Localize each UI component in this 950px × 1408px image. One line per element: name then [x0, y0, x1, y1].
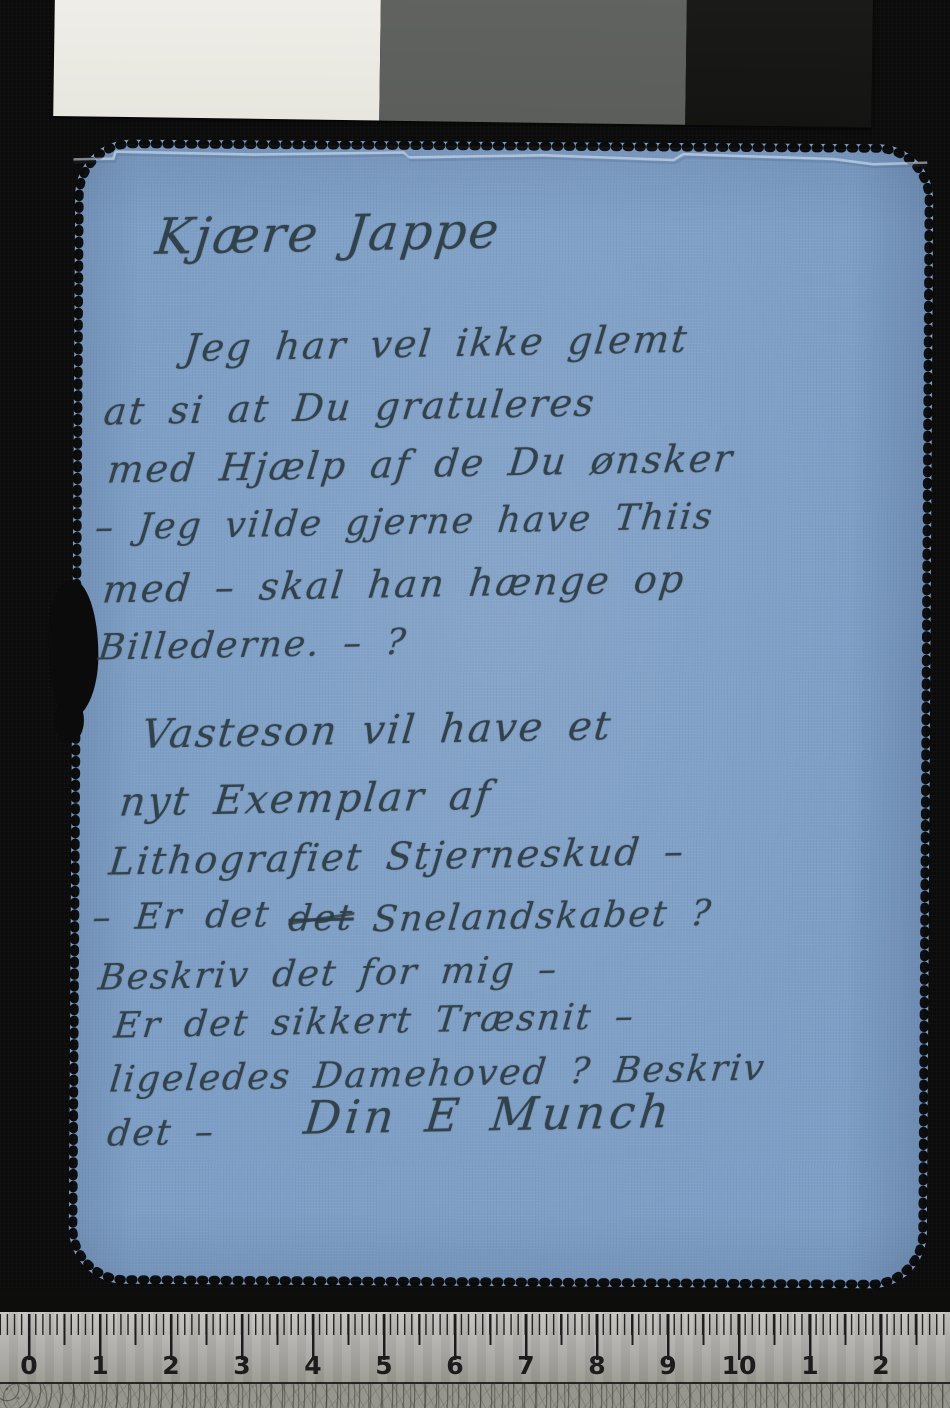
ruler-number: 9	[659, 1351, 676, 1380]
struck-word: det	[287, 898, 356, 940]
table-surface-texture	[0, 1384, 950, 1408]
letter-line-with-strikethrough: – Er det det Snelandskabet ?	[91, 897, 710, 942]
letter-line: Billederne. – ?	[96, 622, 409, 669]
ruler-shadow-gap	[0, 1290, 950, 1312]
ruler-number: 1	[91, 1351, 108, 1380]
calibration-strip	[53, 0, 873, 127]
letter-line: Vasteson vil have et	[140, 703, 615, 758]
ruler-number: 2	[162, 1351, 179, 1380]
letter-line-pre: – Er det	[91, 894, 273, 938]
ruler-number: 8	[588, 1351, 605, 1380]
ruler-number: 0	[20, 1351, 37, 1380]
ruler-number: 6	[446, 1351, 463, 1380]
ruler-number: 3	[233, 1351, 250, 1380]
letter-card: Kjære Jappe Jeg har vel ikke glemt at si…	[67, 137, 936, 1290]
ruler-number: 2	[872, 1351, 889, 1380]
ruler-number: 10	[722, 1351, 757, 1380]
ruler-number: 1	[801, 1351, 818, 1380]
scan-photo: Kjære Jappe Jeg har vel ikke glemt at si…	[0, 0, 950, 1408]
ruler-number: 5	[375, 1351, 392, 1380]
torn-edge-notch-small	[54, 697, 84, 743]
letter-line: Jeg har vel ikke glemt	[182, 317, 691, 370]
ruler-number: 4	[304, 1351, 321, 1380]
letter-salutation: Kjære Jappe	[153, 202, 504, 266]
ruler-face: 0 1 2 3 4 5 6 7 8 9 10 1 2	[0, 1312, 950, 1384]
letter-line: at si at Du gratuleres	[102, 381, 598, 434]
calibration-patch-white	[53, 0, 381, 121]
letter-line: det –	[105, 1112, 217, 1155]
calibration-patch-gray	[379, 0, 687, 125]
letter-line: Beskriv det for mig –	[96, 949, 560, 998]
letter-line: nyt Exemplar af	[117, 773, 494, 826]
ruler-number: 7	[517, 1351, 534, 1380]
letter-line-post: Snelandskabet ?	[371, 893, 715, 940]
tear-crease	[73, 137, 927, 172]
calibration-patch-black	[685, 0, 873, 127]
signature: Din E Munch	[301, 1084, 675, 1145]
ruler: 0 1 2 3 4 5 6 7 8 9 10 1 2	[0, 1290, 950, 1408]
